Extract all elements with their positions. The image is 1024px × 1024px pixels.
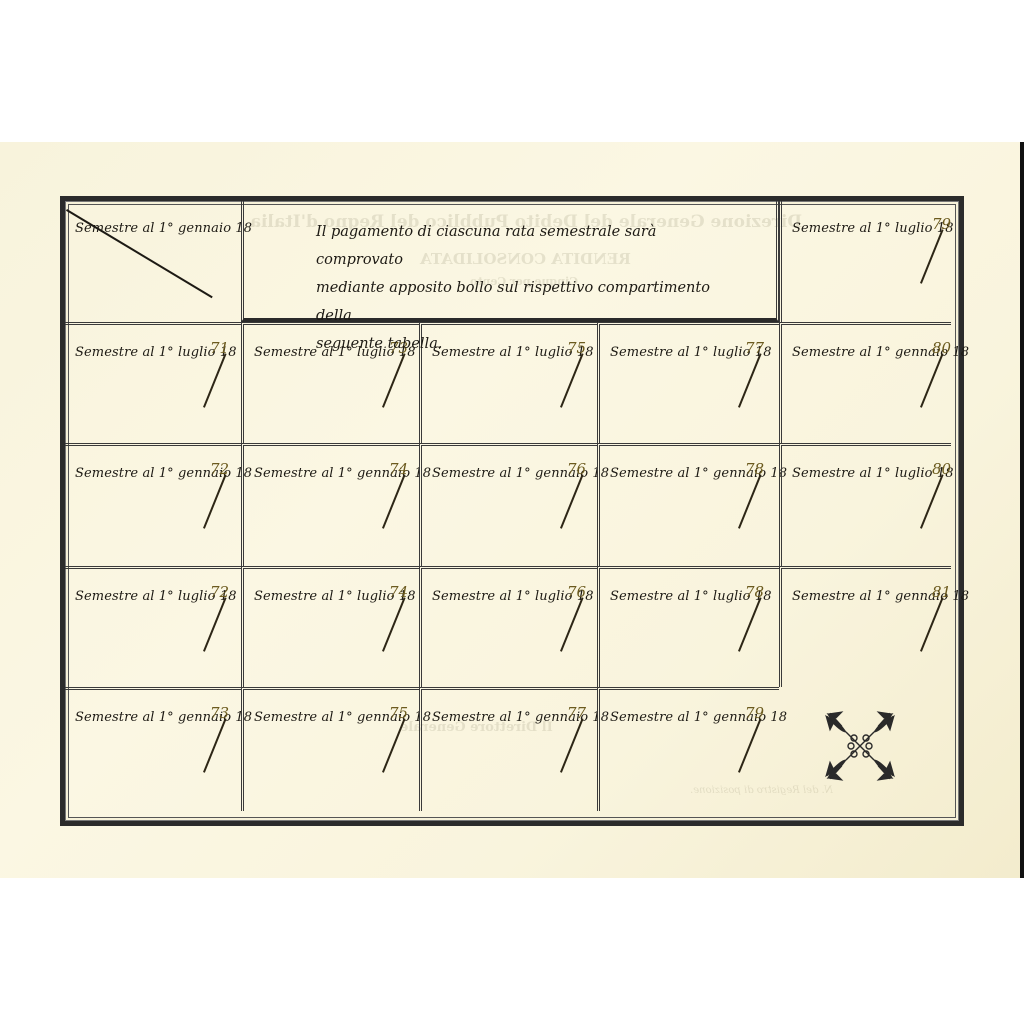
cancellation-stroke	[382, 718, 406, 773]
coupon-cell: Semestre al 1° gennaio 1872	[65, 443, 241, 566]
coupon-cell: Semestre al 1° gennaio 1877	[419, 687, 597, 811]
cancellation-stroke	[738, 718, 762, 773]
cancellation-stroke	[382, 597, 406, 652]
coupon-cell: Semestre al 1° luglio 1871	[65, 322, 241, 443]
coupon-cell: Semestre al 1° gennaio 1874	[241, 443, 419, 566]
cancellation-stroke	[203, 718, 227, 773]
coupon-cell: Semestre al 1° luglio 1880	[779, 443, 951, 566]
coupon-label: Semestre al 1° luglio 18	[792, 466, 954, 481]
coupon-cell: Semestre al 1° luglio 1879	[779, 201, 951, 322]
cancellation-stroke	[920, 229, 944, 284]
instruction-line-3: seguente tabella.	[316, 330, 746, 358]
instruction-line-1: Il pagamento di ciascuna rata semestrale…	[316, 218, 746, 274]
coupon-cell: Semestre al 1° gennaio 1873	[65, 687, 241, 811]
cancellation-stroke	[560, 353, 584, 408]
coupon-label: Semestre al 1° gennaio 18	[75, 221, 252, 236]
coupon-label: Semestre al 1° luglio 18	[792, 221, 954, 236]
coupon-cell: Semestre al 1° luglio 1878	[597, 566, 779, 687]
cancellation-stroke	[203, 597, 227, 652]
coupon-cell: Semestre al 1° gennaio 1876	[419, 443, 597, 566]
coupon-cell: Semestre al 1° luglio 1874	[241, 566, 419, 687]
payment-instructions: Il pagamento di ciascuna rata semestrale…	[316, 218, 746, 358]
cancellation-stroke	[920, 597, 944, 652]
cancellation-stroke	[382, 474, 406, 529]
coupon-cell: Semestre al 1° gennaio 18	[65, 201, 241, 322]
cancellation-stroke	[560, 597, 584, 652]
coupon-cell: Semestre al 1° gennaio 1878	[597, 443, 779, 566]
cancellation-stroke	[382, 353, 406, 408]
coupon-cell: Semestre al 1° luglio 1872	[65, 566, 241, 687]
coupon-cell: Semestre al 1° gennaio 1881	[779, 566, 951, 687]
coupon-cell: Semestre al 1° gennaio 1880	[779, 322, 951, 443]
cancellation-stroke	[560, 718, 584, 773]
fleuron-ornament-icon	[822, 708, 898, 784]
cancellation-stroke	[920, 353, 944, 408]
cancellation-stroke	[920, 474, 944, 529]
cancellation-stroke	[738, 474, 762, 529]
coupon-cell: Semestre al 1° gennaio 1875	[241, 687, 419, 811]
cancellation-stroke	[738, 353, 762, 408]
instruction-line-2: mediante apposito bollo sul rispettivo c…	[316, 274, 746, 330]
cancellation-stroke	[203, 474, 227, 529]
coupon-cell: Semestre al 1° gennaio 1879	[597, 687, 779, 811]
cancellation-stroke	[560, 474, 584, 529]
cancellation-stroke	[738, 597, 762, 652]
cancellation-stroke	[203, 353, 227, 408]
coupon-cell: Semestre al 1° luglio 1876	[419, 566, 597, 687]
scan-edge	[1020, 142, 1024, 878]
